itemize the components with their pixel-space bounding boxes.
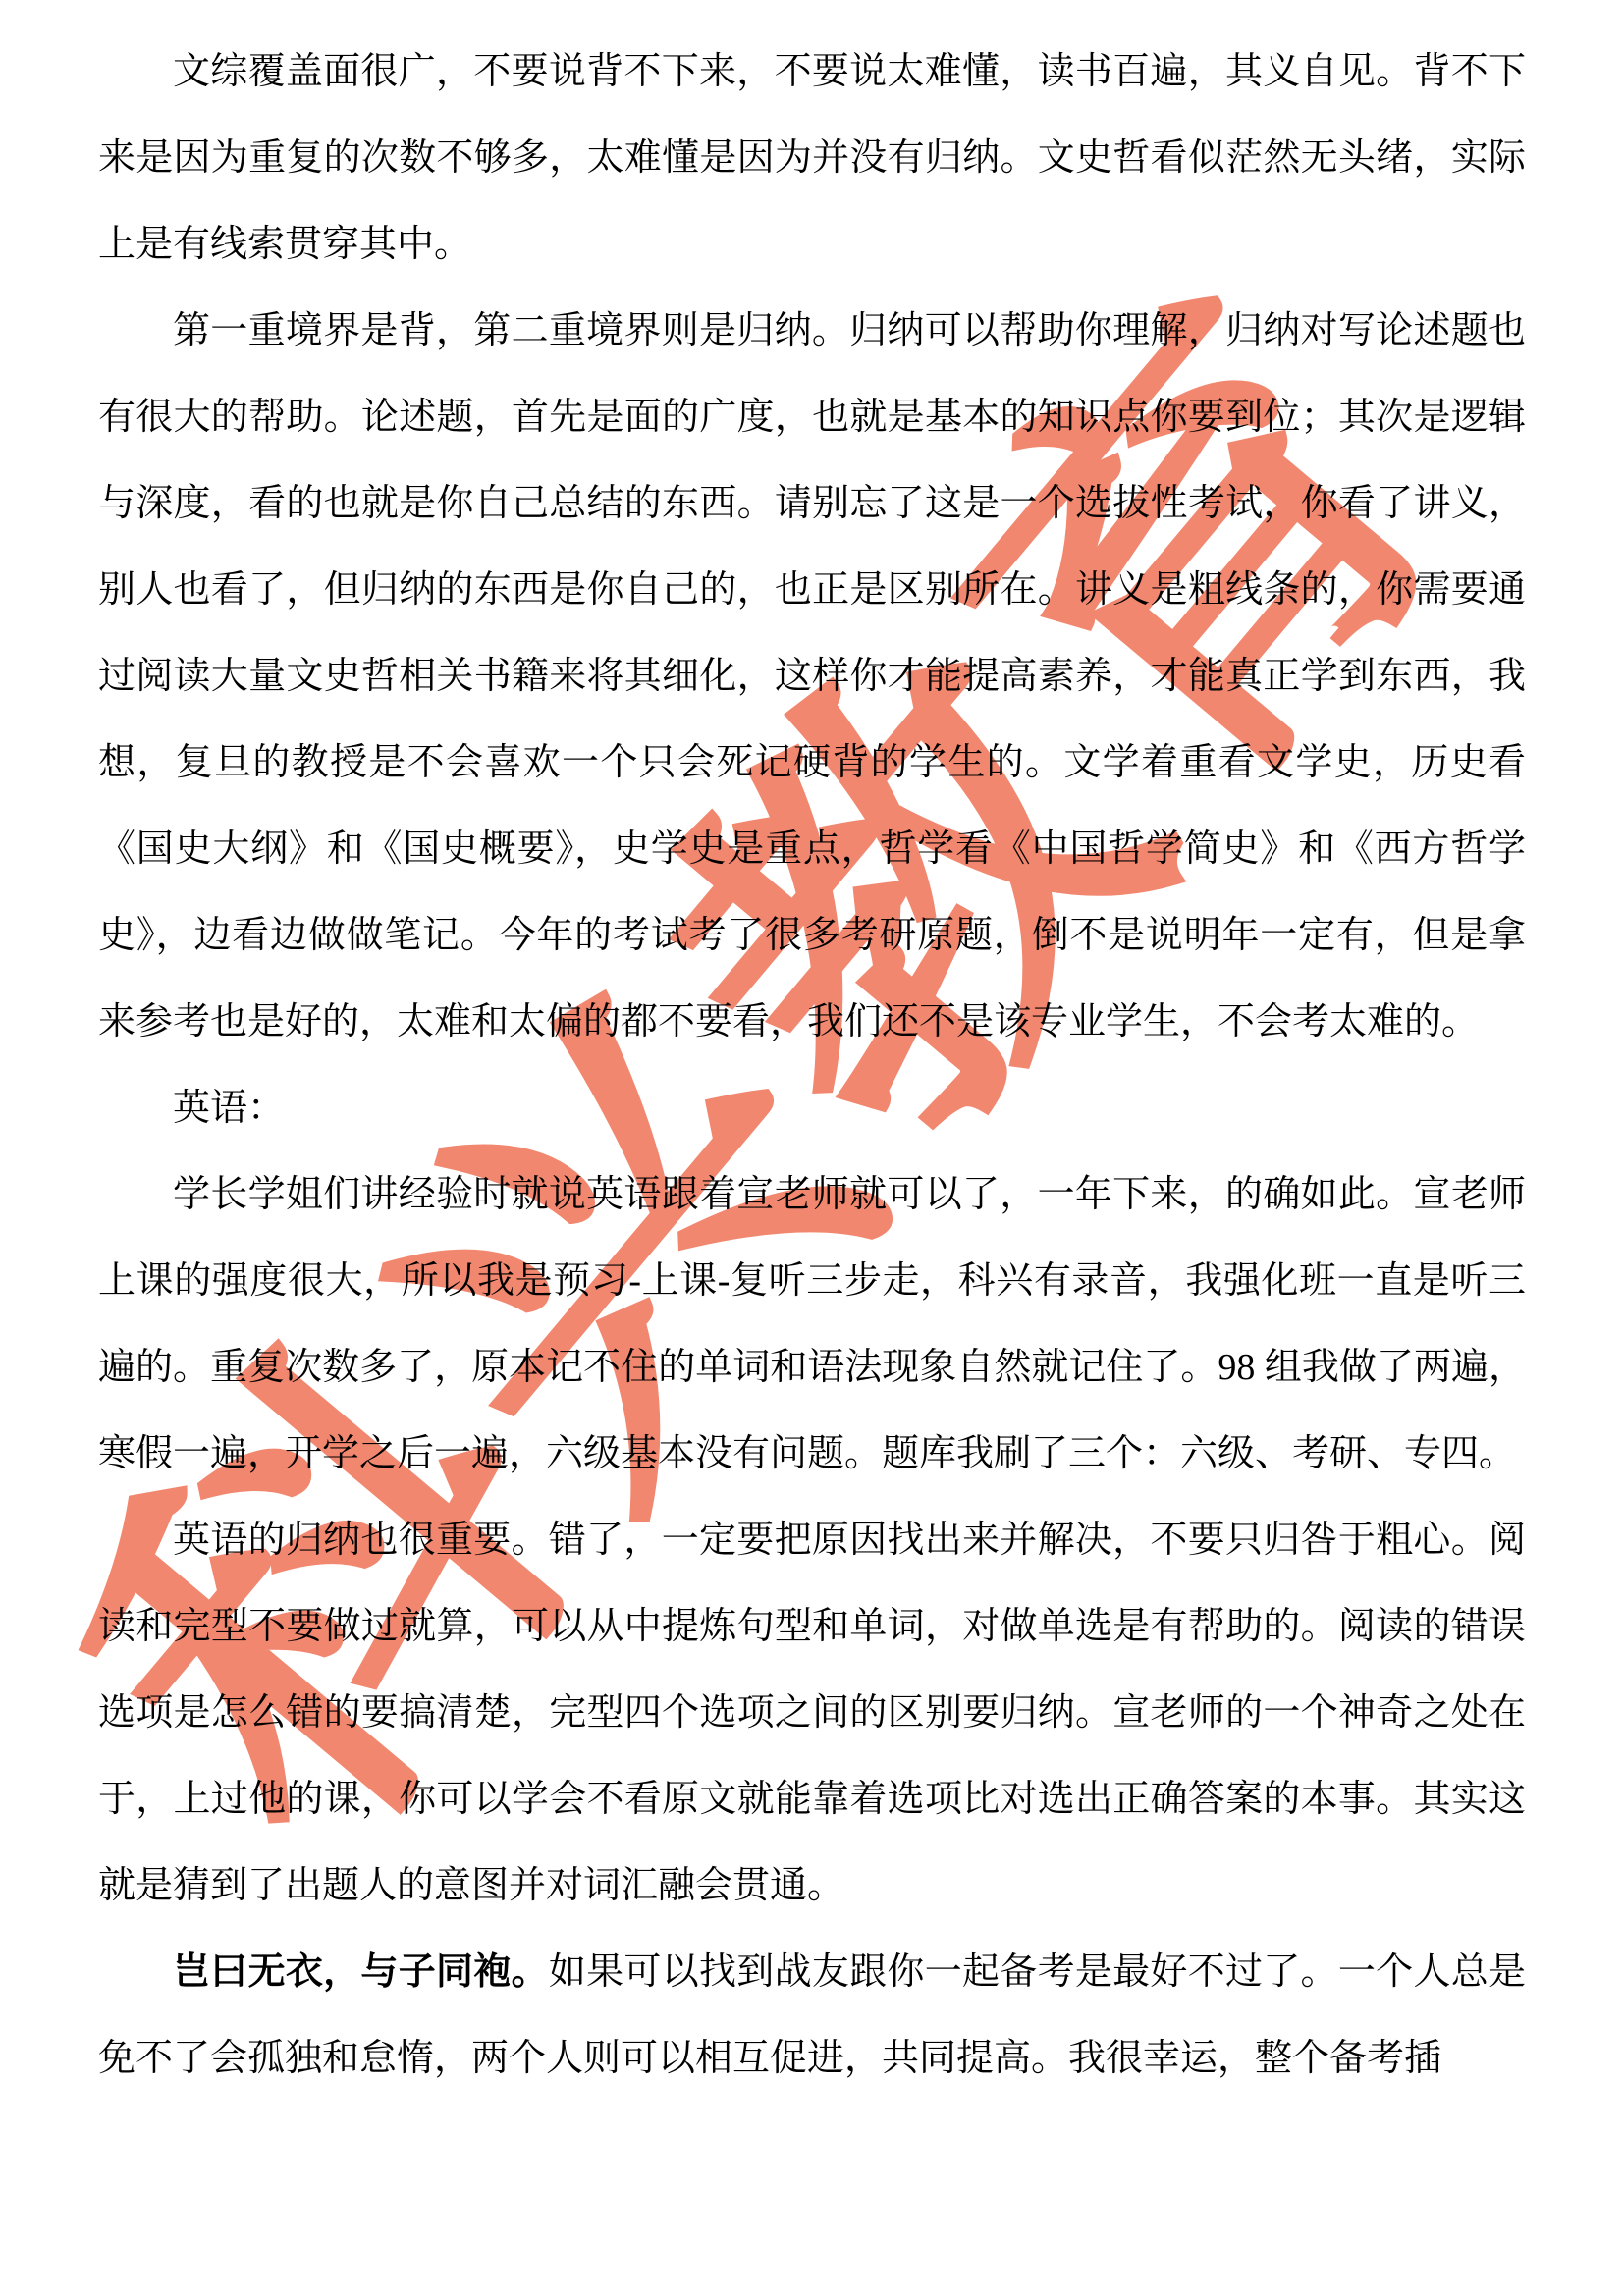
bold-lead-text: 岂曰无衣，与子同袍。 — [173, 1951, 549, 1993]
paragraph-study-partner: 岂曰无衣，与子同袍。如果可以找到战友跟你一起备考是最好不过了。一个人总是免不了会… — [98, 1929, 1526, 2102]
paragraph-two-levels: 第一重境界是背，第二重境界则是归纳。归纳可以帮助你理解，归纳对写论述题也有很大的… — [98, 288, 1526, 1065]
document-page: 科兴教育 文综覆盖面很广，不要说背不下来，不要说太难懂，读书百遍，其义自见。背不… — [0, 0, 1624, 2296]
paragraph-english-heading: 英语： — [98, 1065, 1526, 1151]
paragraph-wenzong-intro: 文综覆盖面很广，不要说背不下来，不要说太难懂，读书百遍，其义自见。背不下来是因为… — [98, 28, 1526, 288]
document-body: 文综覆盖面很广，不要说背不下来，不要说太难懂，读书百遍，其义自见。背不下来是因为… — [98, 28, 1526, 2102]
paragraph-english-teacher: 学长学姐们讲经验时就说英语跟着宣老师就可以了，一年下来，的确如此。宣老师上课的强… — [98, 1151, 1526, 1497]
paragraph-english-summary: 英语的归纳也很重要。错了，一定要把原因找出来并解决，不要只归咎于粗心。阅读和完型… — [98, 1497, 1526, 1929]
